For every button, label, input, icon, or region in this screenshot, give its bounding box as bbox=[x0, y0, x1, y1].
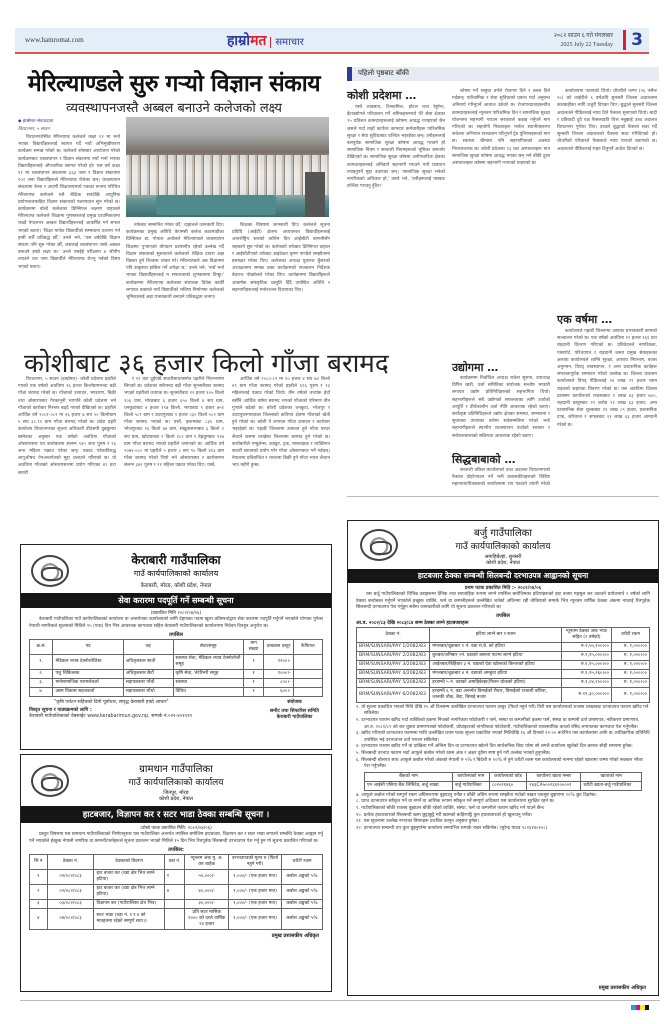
koshi-col-1: विराटनगर, ५ साउन (हाम्रोमत)- कोशी प्रदेश… bbox=[18, 376, 116, 512]
site-url[interactable]: www.hamromat.com bbox=[25, 36, 84, 44]
event-photo bbox=[126, 117, 329, 217]
table-row: BRM/SUNSARI/PAY 2/2082/83बुधबार/शनिबार २… bbox=[357, 651, 650, 660]
ek-barsama-heading: एक वर्षमा … bbox=[557, 312, 612, 327]
col-header: दरभाउपत्रको मूल्य रु (फिर्ता नहुने गरी) bbox=[229, 855, 282, 870]
nepal-emblem-icon bbox=[31, 765, 69, 797]
col-header: हटिया लाग्ने बार र स्थान bbox=[430, 627, 562, 642]
table-row: २०२/०८२/०८३हाट बजार कर (वडा क्षेत्र भित्… bbox=[30, 885, 323, 900]
col-header: ठेक्का नं. bbox=[47, 855, 94, 870]
barju-notice: बर्जु गाउँपालिका गाउँ कार्यपालिकाको कार्… bbox=[347, 520, 659, 996]
kerabari-positions-table: क्र.सं. पद तह सेवा/समूह माग संख्या दरखास… bbox=[29, 639, 323, 697]
term-item: १. यो सूचना प्रकाशित भएको मिति देखि १५ औ… bbox=[356, 705, 650, 718]
continued-bar: पहिलो पृष्ठबाट बाँकी bbox=[347, 67, 659, 81]
continued-col-1: यस्तै व्यवसाय, टिम्बरमिल, होटल तथा रेष्ट… bbox=[347, 104, 445, 480]
term-item: ११. यस सूचनामा उल्लेख नभएका विषयहरू प्रच… bbox=[356, 819, 650, 826]
table-row: BRM/SUNSARI/PAY 6/2082/83हरदम्भी ६ नं. व… bbox=[357, 687, 650, 702]
table-row: ४.उद्यम विकास सहजकर्तासहायकस्तर चौथोविवि… bbox=[30, 688, 323, 697]
col-header: दरखास्त दस्तुर bbox=[264, 640, 293, 655]
col-header: कार्यालयको कोड bbox=[489, 772, 527, 781]
footer-divider bbox=[20, 1000, 660, 1001]
masthead-logo: हाम्रोमतसमाचार bbox=[227, 31, 304, 50]
continued-col-3: कार्यालयमा पठाएको थियो। चौधरीले जग्गा (२… bbox=[557, 88, 657, 308]
lead-dateline: विराटनगर, ५ साउन bbox=[18, 126, 50, 132]
col-header: सि नं bbox=[30, 855, 48, 870]
col-header: न्यूनतम ठेक्का अंक भ्याट सहित (२ वर्षको) bbox=[562, 627, 612, 642]
signer: प्रमुख प्रशासकीय अधिकृत bbox=[599, 985, 646, 991]
date-english: 2025 July 22 Tuesday bbox=[554, 41, 613, 50]
term-item: १२. दरभाउपत्र सम्बन्धी थप कुरा बुझ्नुपरे… bbox=[356, 826, 650, 833]
signer-role: संयोजक bbox=[270, 699, 319, 705]
udyog-heading: उद्योगमा … bbox=[452, 360, 498, 375]
bank-details-table: बैंकको नाम कार्यालयको नाम कार्यालयको कोड… bbox=[364, 772, 642, 791]
term-item: ५. सिलबन्दी दरभाउ फाराम भर्दा आफूले कबोल… bbox=[356, 751, 650, 758]
col-header: सेवा/समूह bbox=[173, 640, 243, 655]
notice-title-bar: हाटबजार ठेक्का सम्बन्धी सिलबन्दी दरभाउपत… bbox=[348, 569, 658, 583]
signer: प्रमुख प्रशासकीय अधिकृत bbox=[21, 930, 331, 942]
col-header: पद bbox=[53, 640, 123, 655]
continued-label: पहिलो पृष्ठबाट बाँकी bbox=[358, 69, 409, 78]
lead-byline: ◆ हाम्रोमत संवाददाता bbox=[18, 118, 53, 124]
logo-main: हाम्रो bbox=[227, 33, 250, 49]
koshi-col-3: आर्थिक वर्ष २०८०-८१ मा १० हजार ४ सय ७० क… bbox=[232, 376, 330, 512]
lead-col-3: शिक्षका विषयमा जानकारी दिए। कलेजले सूचना… bbox=[232, 222, 330, 334]
continued-col-2: शोषण गर्ने साहुवा वर्गले रोजगार दिने र त… bbox=[452, 88, 550, 312]
notice-address: केराबारी, मोरङ, कोशी प्रदेश, नेपाल bbox=[21, 581, 331, 589]
table-caption: तपसिल: bbox=[21, 847, 331, 853]
notice-title-bar: हाटबजार, विज्ञापन कर र सटर भाडा ठेक्का स… bbox=[21, 806, 331, 823]
table-row: २.पशु चिकित्सकअधिकृतस्तर छैटौंकृषि सेवा,… bbox=[30, 670, 323, 679]
col-header: धरौटी रकम bbox=[611, 627, 649, 642]
col-header: बैंकको नाम bbox=[365, 772, 453, 781]
table-caption: तपसिल bbox=[21, 632, 331, 638]
section-label: समाचार bbox=[270, 37, 303, 48]
col-header: ठेक्का नं. bbox=[357, 627, 430, 642]
page-header: www.hamromat.com हाम्रोमतसमाचार २०८२ साउ… bbox=[15, 28, 649, 54]
table-row: BRM/SUNSARI/PAY 5/2082/83हरदम्भी ५ नं. व… bbox=[357, 678, 650, 687]
table-row: एन आईसी एसिया बैंक लिमिटेड, बर्जु शाखा ब… bbox=[365, 781, 642, 790]
table-row: BRM/SUNSARI/PAY 4/2082/83मंगलबार/शुक्रबा… bbox=[357, 669, 650, 678]
nepal-emblem-icon bbox=[31, 555, 69, 587]
term-item: ८. प्राप्त दरभाउपत्र स्वीकृत गर्ने वा नग… bbox=[356, 799, 650, 806]
col-header: माग संख्या bbox=[243, 640, 264, 655]
ek-barsama-text: कार्यालयले पहाडी जिल्लामा आएका प्रभावकार… bbox=[557, 328, 657, 490]
lead-subheadline: व्यवस्थापनजस्तै अब्बल बनाउने कलेजको लक्ष… bbox=[18, 98, 330, 116]
col-header: न्यूनतम अंक मु. अ. कर बाहेक bbox=[185, 855, 229, 870]
koshi-pradesh-heading: कोशी प्रदेशमा … bbox=[347, 88, 416, 103]
notice-title-bar: सेवा करारमा पदपूर्ति गर्ने सम्बन्धी सूचन… bbox=[21, 593, 331, 608]
col-header: धरौटी रकम bbox=[281, 855, 322, 870]
term-item: ३. खरिद गरिएको दरभाउपत्र फारममा माथि उल्… bbox=[356, 731, 650, 744]
terms-list: १. यो सूचना प्रकाशित भएको मिति देखि १५ औ… bbox=[348, 703, 658, 771]
table-row: BRM/SUNSARI/PAY 1/2082/83मंगलबार/शुक्रबा… bbox=[357, 642, 650, 651]
term-item: ९. गाउँपालिकाको बाँकी राजस्व बुझाउन बाँक… bbox=[356, 806, 650, 813]
kerabari-notice: केराबारी गाउँपालिका गाउँ कार्यपालिकाको क… bbox=[20, 544, 332, 750]
col-header: खाताको नाम bbox=[581, 772, 642, 781]
table-row: १.मेडिकल ल्याब टेक्नोलोजिस्टअधिकृतस्तर स… bbox=[30, 655, 323, 670]
notice-body: यस बर्जु गाउँपालिकाको विभिन्न वडाहरूमा द… bbox=[348, 591, 658, 613]
table-subcaption: आ.व. २०८२/८३ देखि २०८३/८४ सम्म ठेक्का ला… bbox=[348, 619, 658, 627]
table-row: ४०४/०८२/०८३सटर भाडा (वडा नं. १ र ४ को मा… bbox=[30, 909, 323, 930]
col-header: वडा नं. bbox=[164, 855, 185, 870]
siddhababa-text: सरकारी वकिल कार्यालयले उच्च अदालत विराटन… bbox=[452, 467, 550, 489]
notice-body: केराबारी गाउँपालिका गाउँ कार्यपालिकाको क… bbox=[21, 616, 331, 631]
udyog-text: कार्यक्रममा निर्वाचित अध्यक्ष राकेश सुरा… bbox=[452, 375, 550, 449]
term-item: ६. सिलबन्दी बोलपत्र साथ आफूले कबोल गरेको… bbox=[356, 758, 650, 771]
notice-address: कोशी प्रदेश, नेपाल bbox=[348, 560, 658, 566]
gramthan-notice: ग्रामथान गाउँपालिका गाउँ कार्यपालिकाको क… bbox=[20, 754, 332, 992]
nepal-emblem-icon bbox=[360, 529, 398, 561]
cmyk-registration-mark bbox=[631, 1005, 649, 1010]
signer-org: केराबारी गाउँपालिका bbox=[270, 714, 319, 720]
notice-body: प्रस्तुत विषयमा यस ग्रामथान गाउँपालिकाको… bbox=[21, 831, 331, 846]
col-header: कैफियत bbox=[293, 640, 322, 655]
siddhababa-heading: सिद्धबाबाको … bbox=[452, 452, 515, 467]
table-row: १०१/०८२/०८३हाट बजार कर (वडा क्षेत्र भित्… bbox=[30, 870, 323, 885]
koshi-headline: कोशीबाट ३६ हजार किलो गाँजा बरामद bbox=[24, 344, 320, 380]
col-header: ठेक्काको विवरण bbox=[94, 855, 164, 870]
issue-date: २०८२ साउन ६ गते मंगलबार2025 July 22 Tues… bbox=[554, 32, 613, 50]
notice-org-title: ग्रामथान गाउँपालिका bbox=[21, 761, 331, 775]
date-nepali: २०८२ साउन ६ गते मंगलबार bbox=[554, 32, 613, 41]
col-header: कार्यालयको नाम bbox=[452, 772, 489, 781]
gramthan-contracts-table: सि नं ठेक्का नं. ठेक्काको विवरण वडा नं. … bbox=[29, 854, 323, 930]
divider bbox=[347, 496, 659, 497]
term-item: २. दरभाउपत्र फाराम खरिद गर्दा व्यक्तिको … bbox=[356, 718, 650, 731]
koshi-col-2: र १२ वटा दुईपांग्रे सवारीसाधनसमेत प्रहरी… bbox=[124, 376, 224, 512]
lead-col-1: विराटनगरस्थित मेरिल्याण्ड कलेजले कक्षा १… bbox=[18, 134, 120, 334]
col-header: तह bbox=[123, 640, 173, 655]
lead-col-2: तर्फबाट सम्मानित गरेका छौँ,' दाहालले जान… bbox=[126, 222, 224, 334]
table-row: ३.मनोसामाजिक परामर्शकर्तासहायकस्तर पाँचौ… bbox=[30, 679, 323, 688]
notice-address: कोशी प्रदेश, नेपाल bbox=[21, 796, 331, 802]
term-item: ४. दरभाउपत्र फाराम खरिद गर्ने वा दाखिला … bbox=[356, 744, 650, 751]
logo-accent: मत bbox=[250, 33, 266, 49]
table-row: ३०३/०८२/०८३विज्ञापन कर (गाउँपालिका क्षेत… bbox=[30, 900, 323, 909]
lead-headline: मेरिल्याण्डले सुरु गर्‍यो विज्ञान संकाय bbox=[18, 66, 330, 98]
barju-haatbazar-table: ठेक्का नं. हटिया लाग्ने बार र स्थान न्यू… bbox=[356, 627, 650, 703]
terms-list-cont: ७. आफूले कबोल गरेको सम्पूर्ण रकम अग्रिमर… bbox=[348, 792, 658, 833]
page-number: 3 bbox=[623, 30, 643, 50]
table-row: BRM/SUNSARI/PAY 3/2082/83आईतबार/बिहिबार … bbox=[357, 660, 650, 669]
col-header: कार्यालय खाता नम्बर bbox=[527, 772, 581, 781]
col-header: क्र.सं. bbox=[30, 640, 53, 655]
